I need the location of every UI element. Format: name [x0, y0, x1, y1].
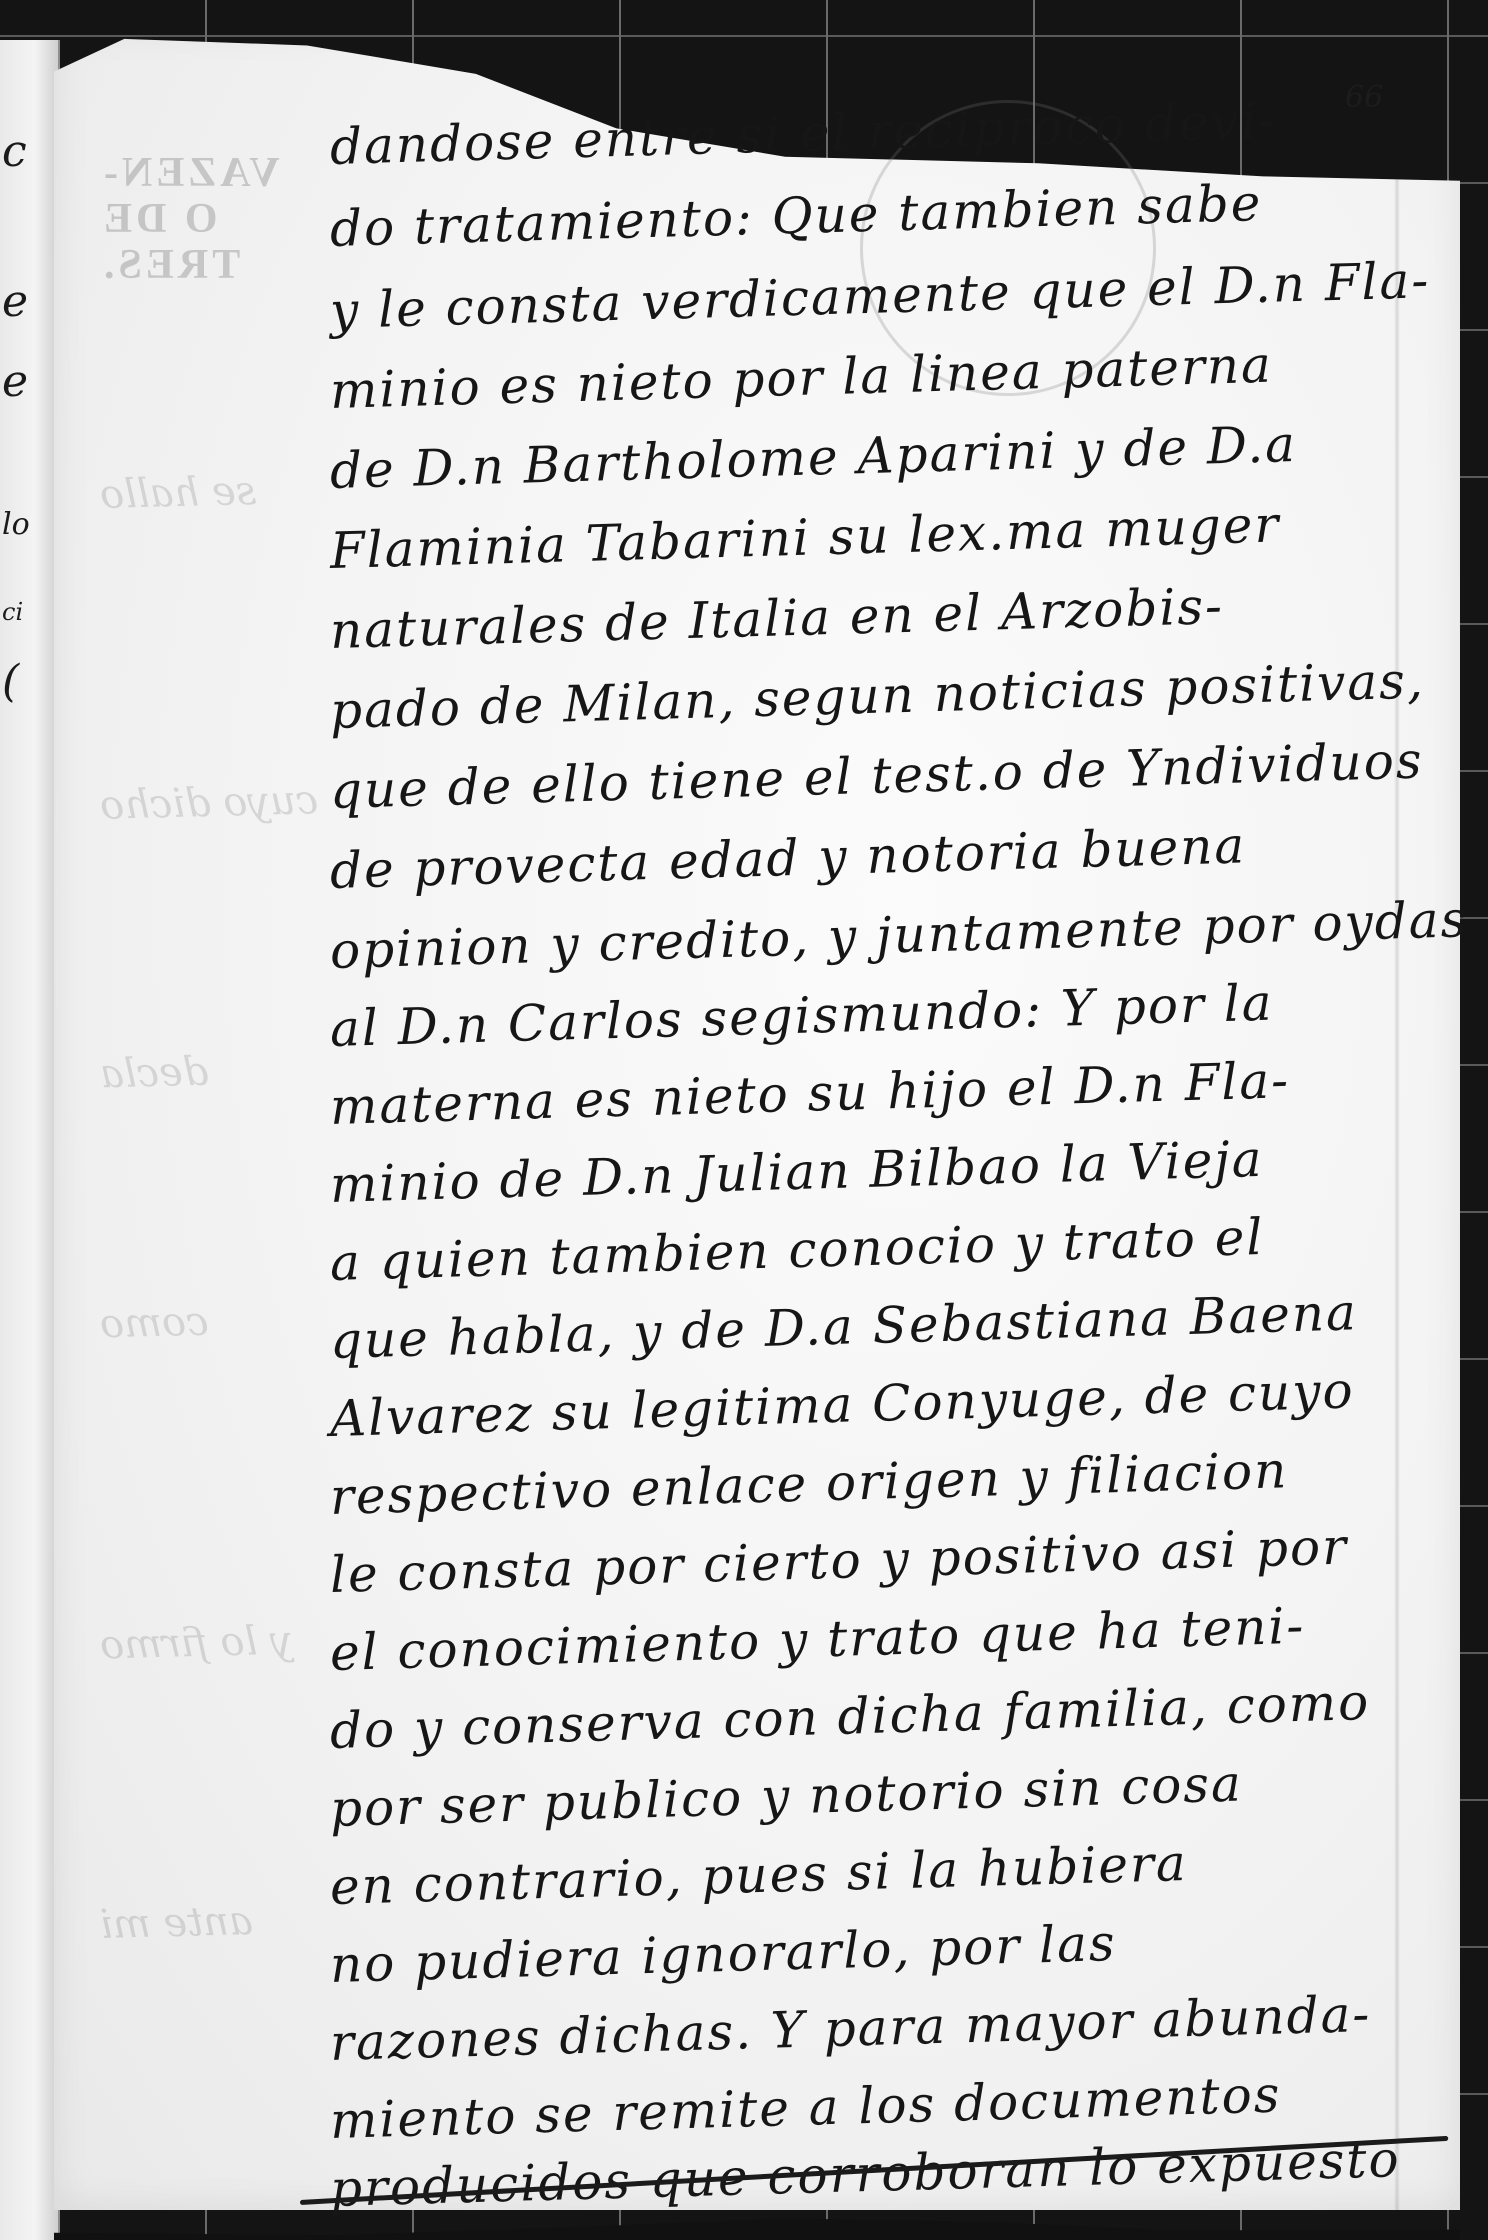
adjacent-page-edge: c e e lo ci ( [0, 40, 60, 2240]
bleed-through-line: y lo firmo [99, 1617, 293, 1668]
bleed-through-stamp: VAZEN- O DE TRES. [100, 150, 360, 288]
bleed-through-line: ante mi [99, 1898, 253, 1948]
manuscript-scan: c e e lo ci ( VAZEN- O DE TRES. se hallo… [0, 0, 1488, 2240]
margin-fragment: ci [2, 600, 23, 624]
stamp-line: O DE [100, 196, 360, 242]
bleed-through-line: cuyo dicho [99, 777, 318, 829]
margin-fragment: c [2, 130, 27, 174]
stamp-line: TRES. [100, 242, 360, 288]
margin-fragment: e [2, 280, 28, 324]
bleed-through-line: como [99, 1299, 209, 1348]
margin-fragment: e [2, 360, 28, 404]
bleed-through-line: decla [99, 1049, 208, 1098]
margin-fragment: lo [2, 510, 30, 540]
bleed-through-line: se hallo [99, 468, 256, 518]
stamp-line: VAZEN- [100, 150, 360, 196]
margin-fragment: ( [2, 660, 19, 704]
